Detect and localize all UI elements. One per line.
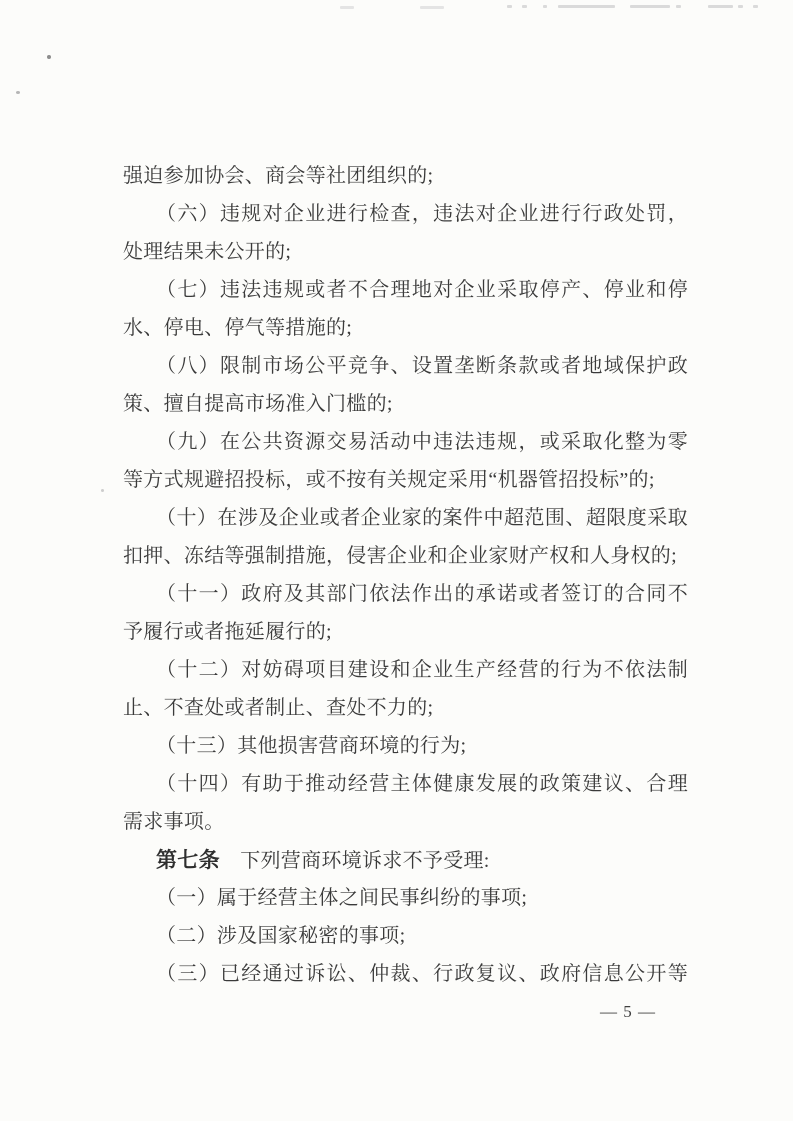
document-line: （十三）其他损害营商环境的行为; <box>123 727 688 765</box>
scan-artifact <box>738 5 743 8</box>
document-line: （一）属于经营主体之间民事纠纷的事项; <box>123 879 688 917</box>
document-line: 予履行或者拖延履行的; <box>123 613 688 651</box>
page-number: — 5 — <box>596 1000 660 1024</box>
scan-artifact <box>543 5 547 8</box>
document-line: 强迫参加协会、商会等社团组织的; <box>123 157 688 195</box>
document-line: （十二）对妨碍项目建设和企业生产经营的行为不依法制 <box>123 651 688 689</box>
line-text: （七）违法违规或者不合理地对企业采取停产、停业和停 <box>156 279 688 301</box>
document-line: 水、停电、停气等措施的; <box>123 309 688 347</box>
document-line: （八）限制市场公平竞争、设置垄断条款或者地域保护政 <box>123 347 688 385</box>
line-text: （十一）政府及其部门依法作出的承诺或者签订的合同不 <box>156 583 688 605</box>
scan-artifact <box>753 5 758 8</box>
scan-speck <box>101 489 104 492</box>
document-line: （九）在公共资源交易活动中违法违规，或采取化整为零 <box>123 423 688 461</box>
scan-artifact <box>340 6 354 9</box>
document-page: 强迫参加协会、商会等社团组织的;（六）违规对企业进行检查，违法对企业进行行政处罚… <box>0 0 793 1121</box>
document-line: 策、擅自提高市场准入门槛的; <box>123 385 688 423</box>
scan-speck <box>16 91 20 94</box>
article-number-bold: 第七条 <box>156 848 220 872</box>
document-line: （十四）有助于推动经营主体健康发展的政策建议、合理 <box>123 765 688 803</box>
document-line: 等方式规避招投标，或不按有关规定采用“机器管招投标”的; <box>123 461 688 499</box>
line-text: （一）属于经营主体之间民事纠纷的事项; <box>156 887 527 909</box>
line-text: （十四）有助于推动经营主体健康发展的政策建议、合理 <box>156 773 688 795</box>
document-line: （六）违规对企业进行检查，违法对企业进行行政处罚， <box>123 195 688 233</box>
line-text: 需求事项。 <box>123 811 225 833</box>
scan-artifact <box>420 6 444 9</box>
scan-artifact <box>522 5 527 8</box>
scan-artifact <box>676 5 681 8</box>
line-text: 下列营商环境诉求不予受理: <box>220 850 490 872</box>
line-text: 水、停电、停气等措施的; <box>123 317 352 339</box>
document-line: 止、不查处或者制止、查处不力的; <box>123 689 688 727</box>
scan-artifact <box>708 5 733 8</box>
scan-artifact <box>630 5 670 8</box>
line-text: （八）限制市场公平竞争、设置垄断条款或者地域保护政 <box>156 355 688 377</box>
line-text: 止、不查处或者制止、查处不力的; <box>123 697 433 719</box>
line-text: （十二）对妨碍项目建设和企业生产经营的行为不依法制 <box>156 659 688 681</box>
document-line: 处理结果未公开的; <box>123 233 688 271</box>
document-line: （三）已经通过诉讼、仲裁、行政复议、政府信息公开等 <box>123 955 688 993</box>
scan-artifact <box>558 5 615 8</box>
document-line: 第七条 下列营商环境诉求不予受理: <box>123 841 688 879</box>
line-text: 处理结果未公开的; <box>123 241 291 263</box>
line-text: （二）涉及国家秘密的事项; <box>156 925 405 947</box>
document-line: （十）在涉及企业或者企业家的案件中超范围、超限度采取 <box>123 499 688 537</box>
line-text: （十三）其他损害营商环境的行为; <box>156 735 466 757</box>
scan-speck <box>47 55 51 59</box>
line-text: （九）在公共资源交易活动中违法违规，或采取化整为零 <box>156 431 688 453</box>
line-text: 予履行或者拖延履行的; <box>123 621 332 643</box>
line-text: 扣押、冻结等强制措施，侵害企业和企业家财产权和人身权的; <box>123 545 677 567</box>
line-text: （三）已经通过诉讼、仲裁、行政复议、政府信息公开等 <box>156 963 688 985</box>
document-text: 强迫参加协会、商会等社团组织的;（六）违规对企业进行检查，违法对企业进行行政处罚… <box>123 157 688 993</box>
document-line: （七）违法违规或者不合理地对企业采取停产、停业和停 <box>123 271 688 309</box>
scan-artifact <box>507 5 512 8</box>
line-text: 策、擅自提高市场准入门槛的; <box>123 393 393 415</box>
line-text: （六）违规对企业进行检查，违法对企业进行行政处罚， <box>156 203 688 225</box>
line-text: 强迫参加协会、商会等社团组织的; <box>123 165 433 187</box>
line-text: （十）在涉及企业或者企业家的案件中超范围、超限度采取 <box>156 507 688 529</box>
document-line: 需求事项。 <box>123 803 688 841</box>
document-line: （十一）政府及其部门依法作出的承诺或者签订的合同不 <box>123 575 688 613</box>
document-line: 扣押、冻结等强制措施，侵害企业和企业家财产权和人身权的; <box>123 537 688 575</box>
line-text: 等方式规避招投标，或不按有关规定采用“机器管招投标”的; <box>123 469 655 491</box>
document-line: （二）涉及国家秘密的事项; <box>123 917 688 955</box>
